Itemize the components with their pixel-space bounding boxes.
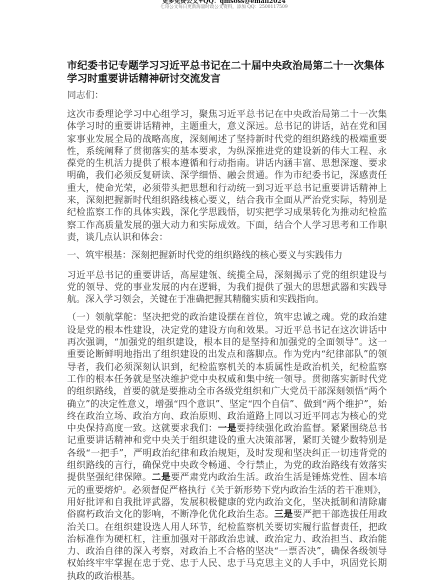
subsection-1: （一）领航掌舵：坚决把党的政治建设摆在首位，筑牢忠诚之魂。党的政治建设是党的根本…	[67, 312, 387, 580]
section-heading-1: 一、筑牢根基：深刻把握新时代党的组织路线的核心要义与实践伟力	[67, 250, 387, 262]
header-subline: 七哥公文每日更新海量时政公文资料，添加 QQ：2500117509	[0, 5, 448, 11]
intro-paragraph: 这次市委理论学习中心组学习，聚焦习近平总书记在中央政治局第二十一次集体学习时的重…	[67, 109, 387, 244]
point-3-label: 三是	[274, 509, 293, 520]
point-1-label: 一是	[218, 423, 237, 434]
section-1-paragraph: 习近平总书记的重要讲话，高屋建瓴、统揽全局，深刻揭示了党的组织建设与党的领导、党…	[67, 270, 387, 307]
page-header: 更多免费公文+QQ：qmsoss@email2024 七哥公文每日更新海量时政公…	[0, 0, 448, 11]
document-title: 市纪委书记专题学习习近平总书记在二十届中央政治局第二十一次集体学习时重要讲话精神…	[67, 60, 387, 86]
salutation: 同志们：	[67, 90, 387, 102]
point-2-label: 二是	[152, 472, 171, 483]
subsection-1-intro: （一）领航掌舵：坚决把党的政治建设摆在首位，筑牢忠诚之魂。党的政治建设是党的根本…	[67, 312, 387, 434]
document-body: 市纪委书记专题学习习近平总书记在二十届中央政治局第二十一次集体学习时重要讲话精神…	[67, 60, 387, 580]
